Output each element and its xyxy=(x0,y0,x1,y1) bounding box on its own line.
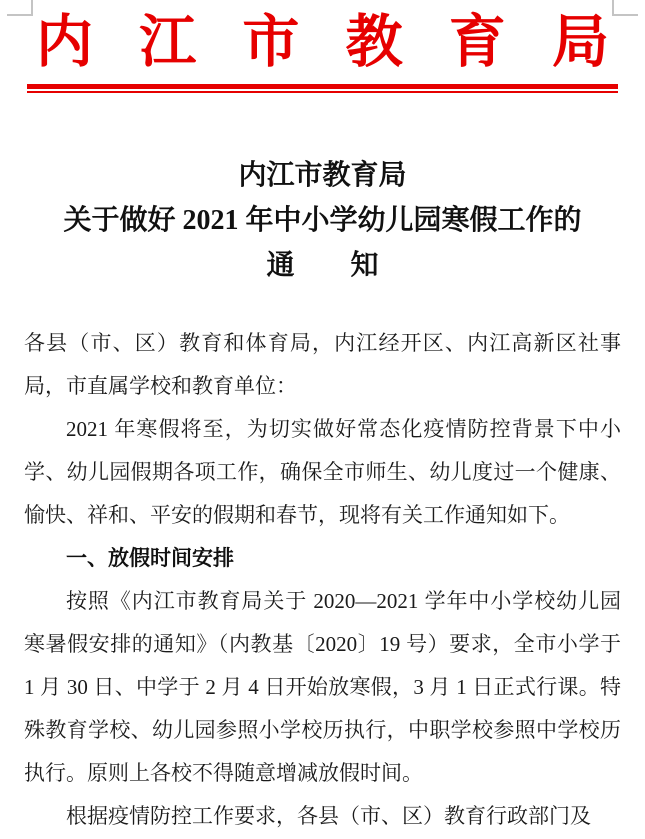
title-line-2: 关于做好 2021 年中小学幼儿园寒假工作的 xyxy=(0,198,645,243)
intro-paragraph: 2021 年寒假将至，为切实做好常态化疫情防控背景下中小学、幼儿园假期各项工作，… xyxy=(24,408,621,537)
letterhead-char: 教 xyxy=(346,8,403,78)
rule-thick-line xyxy=(27,84,618,89)
title-line-3: 通 知 xyxy=(0,243,645,288)
letterhead-char: 江 xyxy=(139,8,196,78)
document-body: 各县（市、区）教育和体育局，内江经开区、内江高新区社事局，市直属学校和教育单位：… xyxy=(24,322,621,838)
crop-mark-top-right xyxy=(612,0,638,16)
section-1-paragraph-2-partial: 根据疫情防控工作要求，各县（市、区）教育行政部门及 xyxy=(24,795,621,838)
letterhead-char: 育 xyxy=(449,8,506,78)
crop-mark-top-left xyxy=(7,0,33,16)
letterhead-double-rule xyxy=(27,84,618,93)
section-1-paragraph-1: 按照《内江市教育局关于 2020—2021 学年中小学校幼儿园寒暑假安排的通知》… xyxy=(24,580,621,795)
document-page: 内 江 市 教 育 局 内江市教育局 关于做好 2021 年中小学幼儿园寒假工作… xyxy=(0,0,645,839)
document-title: 内江市教育局 关于做好 2021 年中小学幼儿园寒假工作的 通 知 xyxy=(0,153,645,288)
letterhead-char: 市 xyxy=(242,8,299,78)
letterhead-char: 局 xyxy=(552,8,609,78)
title-line-1: 内江市教育局 xyxy=(0,153,645,198)
letterhead-agency-name: 内 江 市 教 育 局 xyxy=(36,8,609,78)
letterhead-char: 内 xyxy=(36,8,93,78)
salutation: 各县（市、区）教育和体育局，内江经开区、内江高新区社事局，市直属学校和教育单位： xyxy=(24,322,621,408)
rule-thin-line xyxy=(27,91,618,93)
section-1-heading: 一、放假时间安排 xyxy=(24,537,621,580)
